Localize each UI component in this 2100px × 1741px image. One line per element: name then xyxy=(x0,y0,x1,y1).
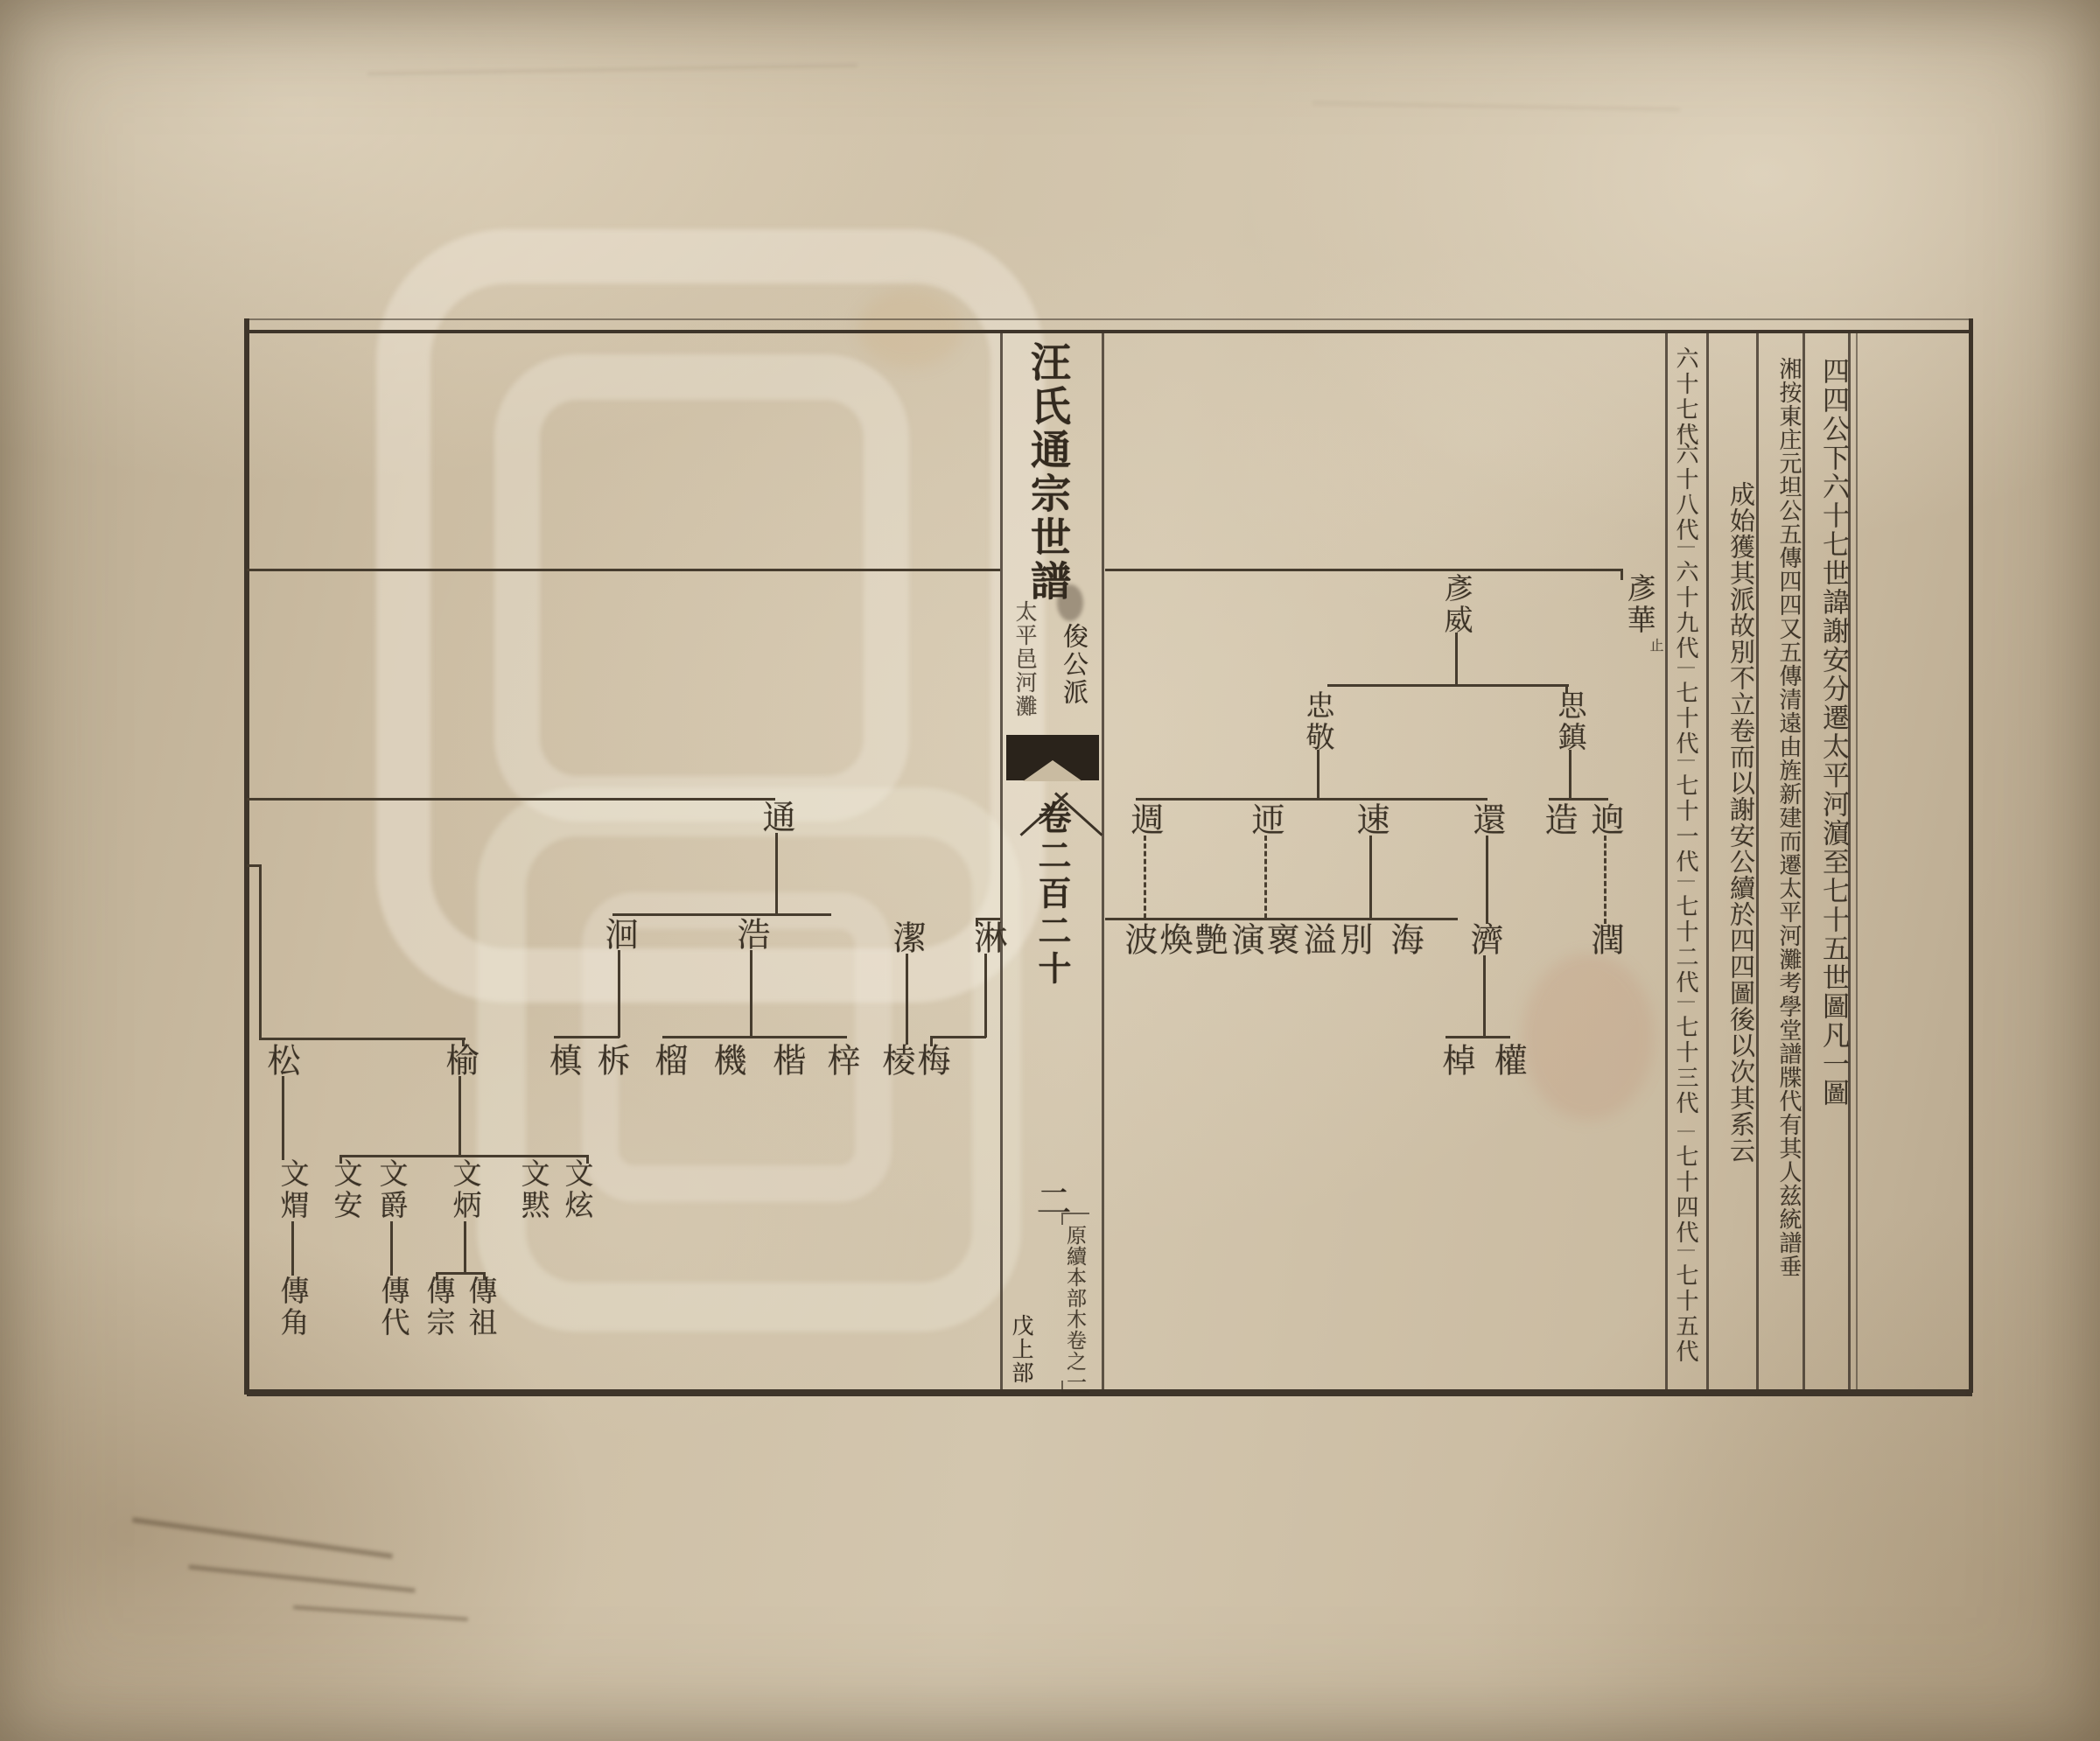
tree-connector xyxy=(662,1036,847,1038)
tree-connector xyxy=(436,1272,485,1275)
tree-node: 速 xyxy=(1353,802,1386,837)
generation-separator-dash xyxy=(1677,759,1695,761)
tree-node: 浩 xyxy=(733,917,766,952)
genealogy-page-scan: 汪氏通宗世譜 太平邑河灘 俊公派 卷二百二十 二 原續本部木卷之一 戊上部 四四… xyxy=(0,0,2100,1741)
generation-separator-dash xyxy=(1677,428,1695,430)
tree-node: 逈 xyxy=(1587,802,1620,837)
tree-node: 洄 xyxy=(601,917,634,952)
tree-connector xyxy=(984,954,987,1038)
tree-connector xyxy=(930,1036,986,1038)
tree-node: 通 xyxy=(759,800,792,835)
tree-connector xyxy=(775,833,778,915)
generation-separator-dash xyxy=(1677,546,1695,548)
tree-connector xyxy=(1455,633,1458,686)
tree-node: 週 xyxy=(1127,802,1160,837)
tree-connector xyxy=(1604,836,1606,924)
tree-connector xyxy=(1144,836,1146,919)
edition-note-bracket-bottom xyxy=(1061,1381,1089,1393)
tree-node: 文爵 xyxy=(376,1158,405,1221)
tree-node: 淋 xyxy=(970,920,1004,955)
tree-node: 思鎮 xyxy=(1555,690,1584,753)
watermark-emblem-inner xyxy=(494,354,909,822)
note-column-rule-1 xyxy=(1756,330,1759,1390)
tree-connector xyxy=(259,864,262,1039)
crease-mark xyxy=(293,1605,468,1621)
tree-connector xyxy=(1327,684,1569,687)
tree-connector xyxy=(1105,569,1622,571)
tree-node: 機 xyxy=(710,1043,743,1078)
tree-node: 海 xyxy=(1387,922,1420,957)
tree-connector xyxy=(1483,955,1486,1038)
generation-separator-dash xyxy=(1677,880,1695,882)
tree-connector xyxy=(1264,836,1267,919)
tree-node: 忠敬 xyxy=(1303,690,1332,753)
frame-top xyxy=(247,330,1972,333)
tree-connector xyxy=(612,913,831,916)
note-column-1: 四四公下六十七世諱謝安分遷太平河濵至七十五世圖凡一圖 xyxy=(1805,357,1847,1108)
frame-right xyxy=(1969,318,1973,1393)
tree-node: 榆 xyxy=(442,1043,475,1078)
tree-connector xyxy=(259,1038,465,1040)
paper-scratch xyxy=(1312,101,1680,110)
generation-separator-dash xyxy=(1677,1249,1695,1251)
tree-node: 傳代 xyxy=(378,1276,407,1339)
tree-connector xyxy=(390,1221,393,1276)
tree-node: 潤 xyxy=(1587,922,1620,957)
paper-stain xyxy=(857,289,962,367)
tree-connector xyxy=(554,1036,619,1038)
tree-connector xyxy=(282,1076,284,1160)
tree-node: 梅 xyxy=(913,1043,947,1078)
generation-column-rule-right xyxy=(1706,330,1709,1390)
part-label: 戊上部 xyxy=(1010,1314,1032,1385)
tree-connector xyxy=(247,798,775,801)
tree-connector xyxy=(247,569,1000,571)
tree-connector xyxy=(291,1221,294,1276)
tree-node: 演 xyxy=(1228,922,1261,957)
spine-border-left xyxy=(1000,330,1003,1392)
tree-connector xyxy=(1136,798,1487,801)
tree-node: 別 xyxy=(1336,922,1369,957)
generation-separator-dash xyxy=(1677,1130,1695,1132)
tree-node: 梓 xyxy=(823,1043,857,1078)
tree-connector xyxy=(1105,918,1458,920)
watermark-emblem xyxy=(376,229,1045,1003)
tree-connector xyxy=(339,1155,588,1157)
tree-connector xyxy=(1369,836,1372,919)
tree-node: 還 xyxy=(1469,802,1502,837)
edition-note: 原續本部木卷之一 xyxy=(1065,1225,1085,1393)
tree-node: 濟 xyxy=(1466,922,1500,957)
edition-note-bracket-top xyxy=(1061,1213,1089,1225)
generation-label: 七十四代 xyxy=(1669,1144,1702,1246)
tree-node: 楷 xyxy=(769,1043,802,1078)
tree-node: 槙 xyxy=(545,1043,578,1078)
tree-node: 權 xyxy=(1490,1043,1523,1078)
paper-scratch xyxy=(367,64,857,75)
generation-separator-dash xyxy=(1677,667,1695,668)
tree-node: 棱 xyxy=(878,1043,912,1078)
tree-connector xyxy=(1549,798,1608,801)
generation-label: 七十五代 xyxy=(1669,1263,1702,1365)
generation-label: 七十一代 xyxy=(1669,773,1702,875)
tree-node: 文煟 xyxy=(277,1158,306,1221)
tree-connector xyxy=(464,1221,466,1272)
tree-connector xyxy=(750,950,752,1038)
tree-node: 文炳 xyxy=(450,1158,479,1221)
tree-connector xyxy=(906,954,908,1045)
tree-node: 傳祖 xyxy=(465,1276,494,1339)
paper-stain xyxy=(1522,954,1654,1120)
note-column-2: 湘按東庄元坦公五傳四四又五傳清遠由旌新建而遷太平河灘考學堂譜牒代有其人兹統譜垂 xyxy=(1760,357,1801,1278)
tree-connector xyxy=(1445,1036,1510,1038)
tree-node: 彥威 xyxy=(1441,573,1470,636)
tree-node: 煥 xyxy=(1156,922,1189,957)
tree-connector xyxy=(458,1076,461,1157)
tree-node: 柝 xyxy=(593,1043,626,1078)
tree-node: 溢 xyxy=(1299,922,1333,957)
generation-column-rule-left xyxy=(1665,330,1668,1390)
generation-separator-dash xyxy=(1677,1001,1695,1003)
tree-node: 文炫 xyxy=(562,1158,591,1221)
volume-label: 卷二百二十 xyxy=(1034,801,1067,989)
crease-mark xyxy=(188,1564,415,1592)
note-column-rule-3b xyxy=(1856,330,1858,1390)
spine-border-right xyxy=(1102,330,1104,1392)
tree-node: 迊 xyxy=(1248,802,1281,837)
frame-left xyxy=(244,318,249,1395)
generation-label: 六十七代 xyxy=(1669,346,1702,448)
tree-node: 波 xyxy=(1121,922,1154,957)
tree-connector xyxy=(1486,836,1488,924)
tree-node: 彥華 xyxy=(1624,573,1653,636)
frame-top-outer xyxy=(247,318,1972,320)
tree-connector xyxy=(1317,750,1319,800)
frame-bottom xyxy=(247,1389,1972,1396)
branch-label-right: 俊公派 xyxy=(1060,623,1086,707)
tree-node-annotation: 止 xyxy=(1648,638,1662,652)
tree-node: 造 xyxy=(1541,802,1574,837)
branch-label-left: 太平邑河灘 xyxy=(1013,600,1035,718)
tree-node: 松 xyxy=(263,1043,297,1078)
generation-label: 七十代 xyxy=(1669,681,1702,757)
tree-node: 棹 xyxy=(1438,1043,1472,1078)
book-title: 汪氏通宗世譜 xyxy=(1027,341,1067,604)
generation-label: 七十三代 xyxy=(1669,1015,1702,1116)
tree-connector xyxy=(618,950,620,1038)
tree-node: 傳角 xyxy=(277,1276,306,1339)
generation-label: 七十二代 xyxy=(1669,894,1702,996)
tree-node: 文安 xyxy=(331,1158,360,1221)
tree-node: 傳宗 xyxy=(423,1276,452,1339)
generation-label: 六十八代 xyxy=(1669,442,1702,543)
tree-node: 潔 xyxy=(889,920,922,955)
tree-node: 褱 xyxy=(1263,922,1296,957)
fishtail-mark xyxy=(1006,735,1099,780)
tree-node: 艶 xyxy=(1191,922,1224,957)
note-column-3: 成始獲其派故別不立卷而以謝安公續於四四圖後以次其系云 xyxy=(1711,481,1753,1164)
generation-label: 六十九代 xyxy=(1669,560,1702,661)
tree-node: 文黙 xyxy=(518,1158,547,1221)
tree-node: 榴 xyxy=(651,1043,684,1078)
tree-connector xyxy=(1569,750,1571,800)
crease-mark xyxy=(132,1517,393,1559)
